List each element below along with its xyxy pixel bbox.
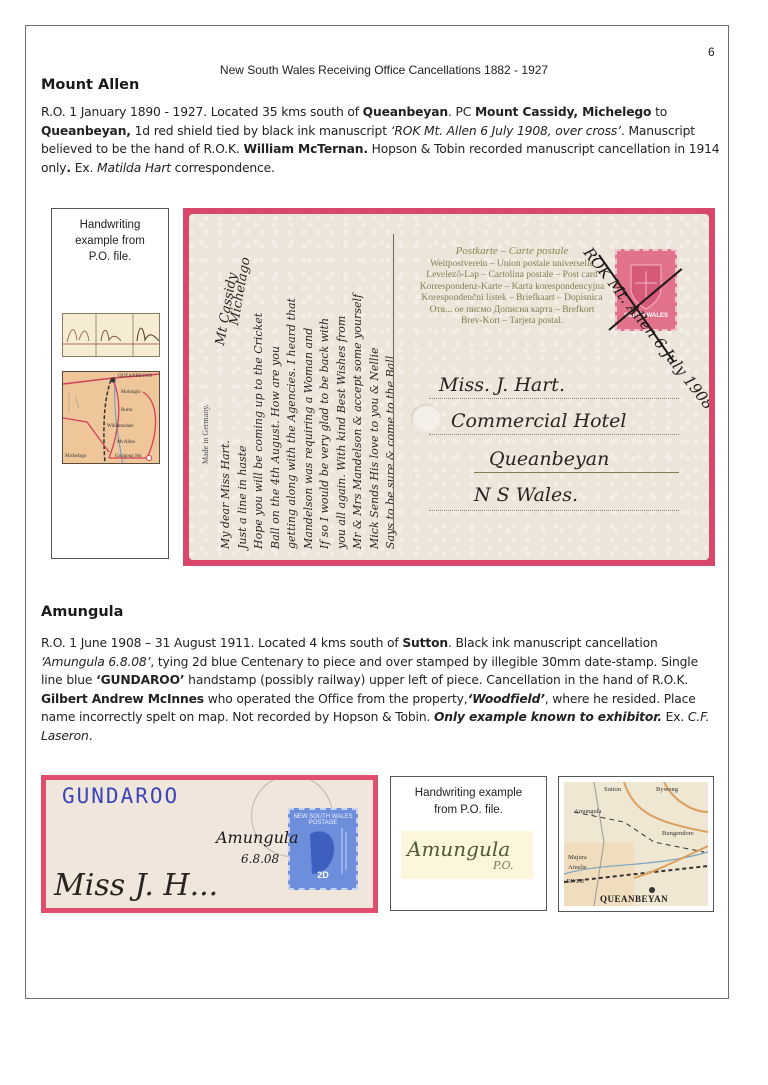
manuscript-cancel-date: 6.8.08 [241,852,279,866]
manuscript-cancel-name: Amungula [216,828,299,847]
amungula-description: R.O. 1 June 1908 – 31 August 1911. Locat… [41,634,721,745]
handwriting-sample-image [62,313,160,357]
running-title: New South Wales Receiving Office Cancell… [0,63,768,77]
page-number: 6 [708,45,715,59]
gundaroo-handstamp: GUNDAROO [62,784,179,808]
address-fragment: Miss J. H... [54,868,218,903]
handwriting-caption: Handwriting example from P.O. file. [52,217,168,265]
message-line: Says to be sure & come to the Ball [384,356,397,549]
mount-allen-map-image: QUEANBEYAN Molonglo Burra Williamsdale M… [62,371,160,464]
message-line: If so I would be very glad to be back wi… [318,318,331,549]
message-line: Mr & Mrs Mandelson & accept some yoursel… [351,294,364,549]
message-line: getting along with the Agencies. I heard… [285,298,298,549]
amungula-piece: GUNDAROO NEW SOUTH WALES POSTAGE 2D Amun… [41,775,378,913]
message-line: Ball on the 4th August. How are you [269,346,282,549]
address-rule [429,398,679,399]
amungula-map-box: Sutton Bywong Amungula Bungendore Majura… [558,776,714,912]
message-line: you all again. With kind Best Wishes fro… [335,316,348,549]
made-in-germany-text: Made in Germany. [201,404,210,464]
handwriting-example-box: Handwriting example from P.O. file. QUEA… [51,208,169,559]
address-line-2: Commercial Hotel [451,410,626,432]
address-rule [429,434,679,435]
piece-surface: GUNDAROO NEW SOUTH WALES POSTAGE 2D Amun… [46,780,373,908]
address-line-3: Queanbeyan [489,448,609,470]
amungula-handwriting-box: Handwriting example from P.O. file. Amun… [390,776,547,911]
embossed-rose [411,404,441,432]
address-rule [429,510,679,511]
blue-centenary-stamp: NEW SOUTH WALES POSTAGE 2D [288,808,358,890]
address-rule [474,472,679,473]
address-line-1: Miss. J. Hart. [439,374,565,396]
postcard-surface: Made in Germany. My dear Miss Hart.Just … [189,214,709,560]
mount-allen-description: R.O. 1 January 1890 - 1927. Located 35 k… [41,103,721,177]
handwriting-caption: Handwriting example from P.O. file. [391,785,546,819]
handwriting-sample-image: Amungula P.O. [401,831,533,879]
section-title-amungula: Amungula [41,604,123,620]
message-line: Just a line in haste [236,445,249,549]
message-line: My dear Miss Hart. [219,440,232,549]
mount-allen-postcard: Made in Germany. My dear Miss Hart.Just … [183,208,715,566]
message-line: Mandelson was requiring a Woman and [302,328,315,549]
postcard-divider [393,234,394,534]
section-title-mount-allen: Mount Allen [41,77,139,93]
amungula-map-image: Sutton Bywong Amungula Bungendore Majura… [564,782,708,906]
message-line: Hope you will be coming up to the Cricke… [252,313,265,549]
message-line: Mick Sends His love to you & Nellie [368,348,381,549]
address-line-4: N S Wales. [474,484,578,506]
